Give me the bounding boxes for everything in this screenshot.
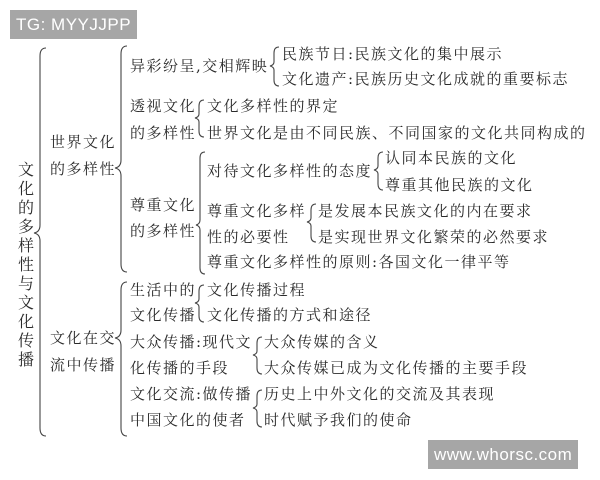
leaf-identify-own: 认同本民族的文化 [385,149,517,167]
node-respect-line1: 尊重文化 [130,196,196,214]
branch-spread-line1: 文化在交 [50,329,116,347]
branch-world-culture-line1: 世界文化 [50,133,116,151]
leaf-world-culture-composition: 世界文化是由不同民族、不同国家的文化共同构成的 [207,124,587,142]
node-attitude: 对待文化多样性的态度 [207,162,372,180]
node-mass-media-line1: 大众传播:现代文 [130,333,252,351]
node-exchange-line2: 中国文化的使者 [130,411,246,429]
node-necessity-line1: 尊重文化多样 [207,202,306,220]
leaf-cultural-heritage: 文化遗产:民族历史文化成就的重要标志 [282,70,569,88]
leaf-ethnic-festival: 民族节日:民族文化的集中展示 [282,45,503,63]
branch-world-culture-line2: 的多样性 [50,160,116,178]
root-title: 文化的多样性与文化传播 [17,160,35,369]
node-principle: 尊重文化多样性的原则:各国文化一律平等 [207,253,511,271]
node-necessity-line2: 性的必要性 [207,228,290,246]
node-perspective-line2: 的多样性 [130,124,196,142]
leaf-inner-requirement: 是发展本民族文化的内在要求 [318,202,533,220]
node-colorful: 异彩纷呈,交相辉映 [130,57,268,75]
node-mass-media-line2: 化传播的手段 [130,359,229,377]
node-daily-life-line2: 文化传播 [130,306,196,324]
node-perspective-line1: 透视文化 [130,97,196,115]
node-daily-life-line1: 生活中的 [130,281,196,299]
leaf-spread-process: 文化传播过程 [207,281,306,299]
leaf-media-main-means: 大众传媒已成为文化传播的主要手段 [264,359,528,377]
node-exchange-line1: 文化交流:做传播 [130,385,252,403]
leaf-our-mission: 时代赋予我们的使命 [264,411,413,429]
leaf-inevitable-requirement: 是实现世界文化繁荣的必然要求 [318,228,549,246]
leaf-respect-others: 尊重其他民族的文化 [385,176,534,194]
leaf-spread-methods: 文化传播的方式和途径 [207,306,372,324]
branch-spread-line2: 流中传播 [50,356,116,374]
node-respect-line2: 的多样性 [130,222,196,240]
leaf-historical-exchange: 历史上中外文化的交流及其表现 [264,385,495,403]
leaf-media-meaning: 大众传媒的含义 [264,333,380,351]
leaf-diversity-definition: 文化多样性的界定 [207,97,339,115]
